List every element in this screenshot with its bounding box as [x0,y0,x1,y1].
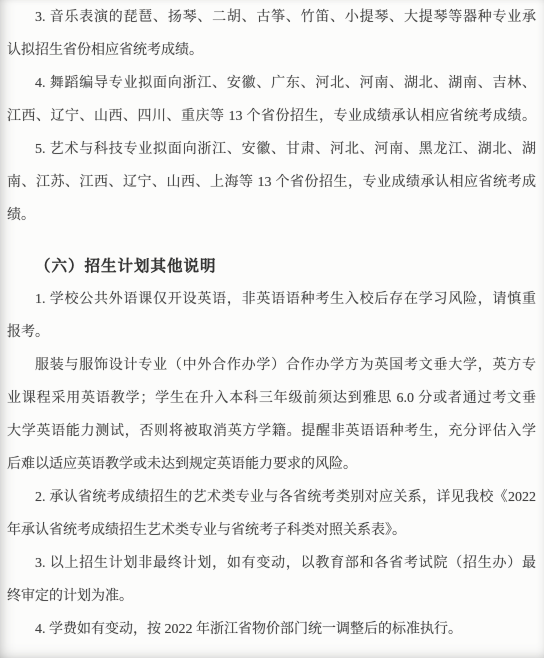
text-line: 南、江苏、江西、辽宁、山西、上海等 13 个省份招生，专业成绩承认相应省统考成 [7,166,536,199]
text-line: 大学英语能力测试，否则将被取消英方学籍。提醒非英语语种考生，充分评估入学 [7,415,536,448]
paragraph: 3. 以上招生计划非最终计划，如有变动，以教育部和各省考试院（招生办）最终审定的… [7,547,536,613]
paragraph: 4. 舞蹈编导专业拟面向浙江、安徽、广东、河北、河南、湖北、湖南、吉林、江西、辽… [7,67,536,133]
text-line: 后难以适应英语教学或未达到规定英语能力要求的风险。 [7,448,536,481]
paragraph: 3. 音乐表演的琵琶、扬琴、二胡、古筝、竹笛、小提琴、大提琴等器种专业承认拟招生… [7,1,536,67]
text-line: 3. 音乐表演的琵琶、扬琴、二胡、古筝、竹笛、小提琴、大提琴等器种专业承 [7,1,536,34]
paragraph: 2. 承认省统考成绩招生的艺术类专业与各省统考类别对应关系，详见我校《2022年… [7,481,536,547]
text-line: 年承认省统考成绩招生艺术类专业与省统考子科类对照关系表》。 [7,514,536,547]
text-line: 绩。 [7,199,536,232]
text-line: 报考。 [7,316,536,349]
document-page: 3. 音乐表演的琵琶、扬琴、二胡、古筝、竹笛、小提琴、大提琴等器种专业承认拟招生… [0,0,544,658]
paragraph: 5. 艺术与科技专业拟面向浙江、安徽、甘肃、河北、河南、黑龙江、湖北、湖南、江苏… [7,133,536,232]
paragraph: 1. 学校公共外语课仅开设英语，非英语语种考生入校后存在学习风险，请慎重报考。 [7,283,536,349]
paragraph: 4. 学费如有变动，按 2022 年浙江省物价部门统一调整后的标准执行。 [7,613,536,646]
text-line: 2. 承认省统考成绩招生的艺术类专业与各省统考类别对应关系，详见我校《2022 [7,481,536,514]
text-line: 4. 学费如有变动，按 2022 年浙江省物价部门统一调整后的标准执行。 [7,613,536,646]
text-line: 5. 艺术与科技专业拟面向浙江、安徽、甘肃、河北、河南、黑龙江、湖北、湖 [7,133,536,166]
text-line: 业课程采用英语教学；学生在升入本科三年级前须达到雅思 6.0 分或者通过考文垂 [7,382,536,415]
text-line: 服装与服饰设计专业（中外合作办学）合作办学方为英国考文垂大学，英方专 [7,349,536,382]
paragraph: 服装与服饰设计专业（中外合作办学）合作办学方为英国考文垂大学，英方专业课程采用英… [7,349,536,481]
text-line: 江西、辽宁、山西、四川、重庆等 13 个省份招生，专业成绩承认相应省统考成绩。 [7,100,536,133]
text-line: 3. 以上招生计划非最终计划，如有变动，以教育部和各省考试院（招生办）最 [7,547,536,580]
text-line: 终审定的计划为准。 [7,580,536,613]
text-line: 4. 舞蹈编导专业拟面向浙江、安徽、广东、河北、河南、湖北、湖南、吉林、 [7,67,536,100]
text-line: 认拟招生省份相应省统考成绩。 [7,34,536,67]
section-heading: （六）招生计划其他说明 [7,250,536,283]
text-line: 1. 学校公共外语课仅开设英语，非英语语种考生入校后存在学习风险，请慎重 [7,283,536,316]
